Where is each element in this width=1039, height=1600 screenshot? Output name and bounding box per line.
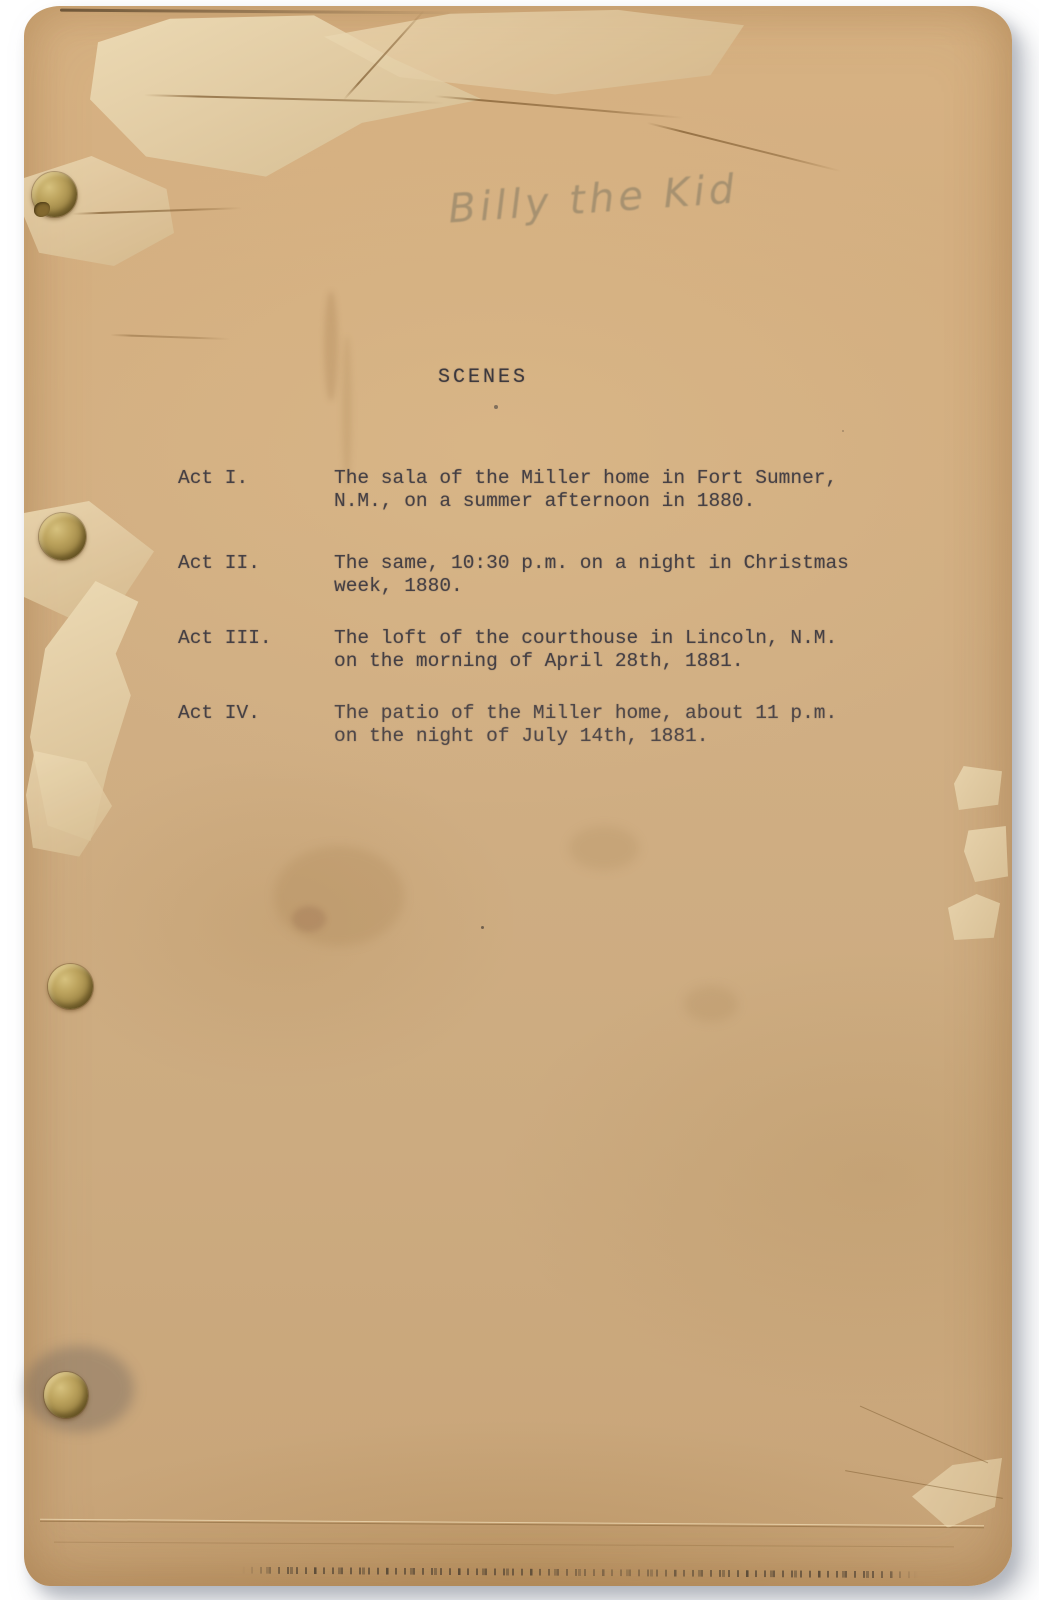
handwritten-title: Billy the Kid — [447, 161, 809, 232]
brass-brad — [39, 513, 86, 560]
page-title: SCENES — [438, 366, 528, 389]
paper-crease — [54, 1542, 954, 1548]
scanned-document-stage: Billy the Kid SCENES Act I. The sala of … — [0, 0, 1039, 1600]
script-page: Billy the Kid SCENES Act I. The sala of … — [24, 6, 1012, 1586]
act-label: Act I. — [178, 467, 248, 490]
brass-brad — [44, 1372, 88, 1418]
ink-speck — [481, 926, 484, 929]
edge-chip — [954, 766, 1002, 810]
act-description: The patio of the Miller home, about 11 p… — [334, 702, 894, 747]
brass-brad — [48, 964, 93, 1009]
act-description: The same, 10:30 p.m. on a night in Chris… — [334, 552, 894, 597]
paper-crease — [40, 1521, 984, 1529]
brass-brad — [32, 172, 77, 217]
paper-stain — [569, 826, 639, 870]
cutoff-print-fragments — [242, 1567, 918, 1579]
ink-speck — [842, 430, 844, 432]
paper-stain — [684, 986, 738, 1022]
act-description: The sala of the Miller home in Fort Sumn… — [334, 467, 894, 512]
edge-chip — [912, 1458, 1002, 1528]
edge-chip — [964, 826, 1008, 882]
paper-crease — [860, 1406, 988, 1464]
paper-stain — [292, 906, 326, 932]
paper-stain — [342, 336, 352, 486]
paper-stain — [274, 846, 404, 946]
paper-crack — [60, 9, 460, 15]
act-label: Act III. — [178, 627, 272, 650]
stray-type-dot — [494, 405, 498, 409]
act-label: Act II. — [178, 552, 260, 575]
edge-chip — [948, 894, 1000, 940]
paper-crack — [110, 334, 230, 340]
act-label: Act IV. — [178, 702, 260, 725]
paper-crack — [434, 95, 683, 119]
brad-tear-notch — [34, 202, 50, 217]
act-description: The loft of the courthouse in Lincoln, N… — [334, 627, 894, 672]
paper-stain — [324, 291, 338, 401]
paper-crack — [647, 122, 842, 172]
